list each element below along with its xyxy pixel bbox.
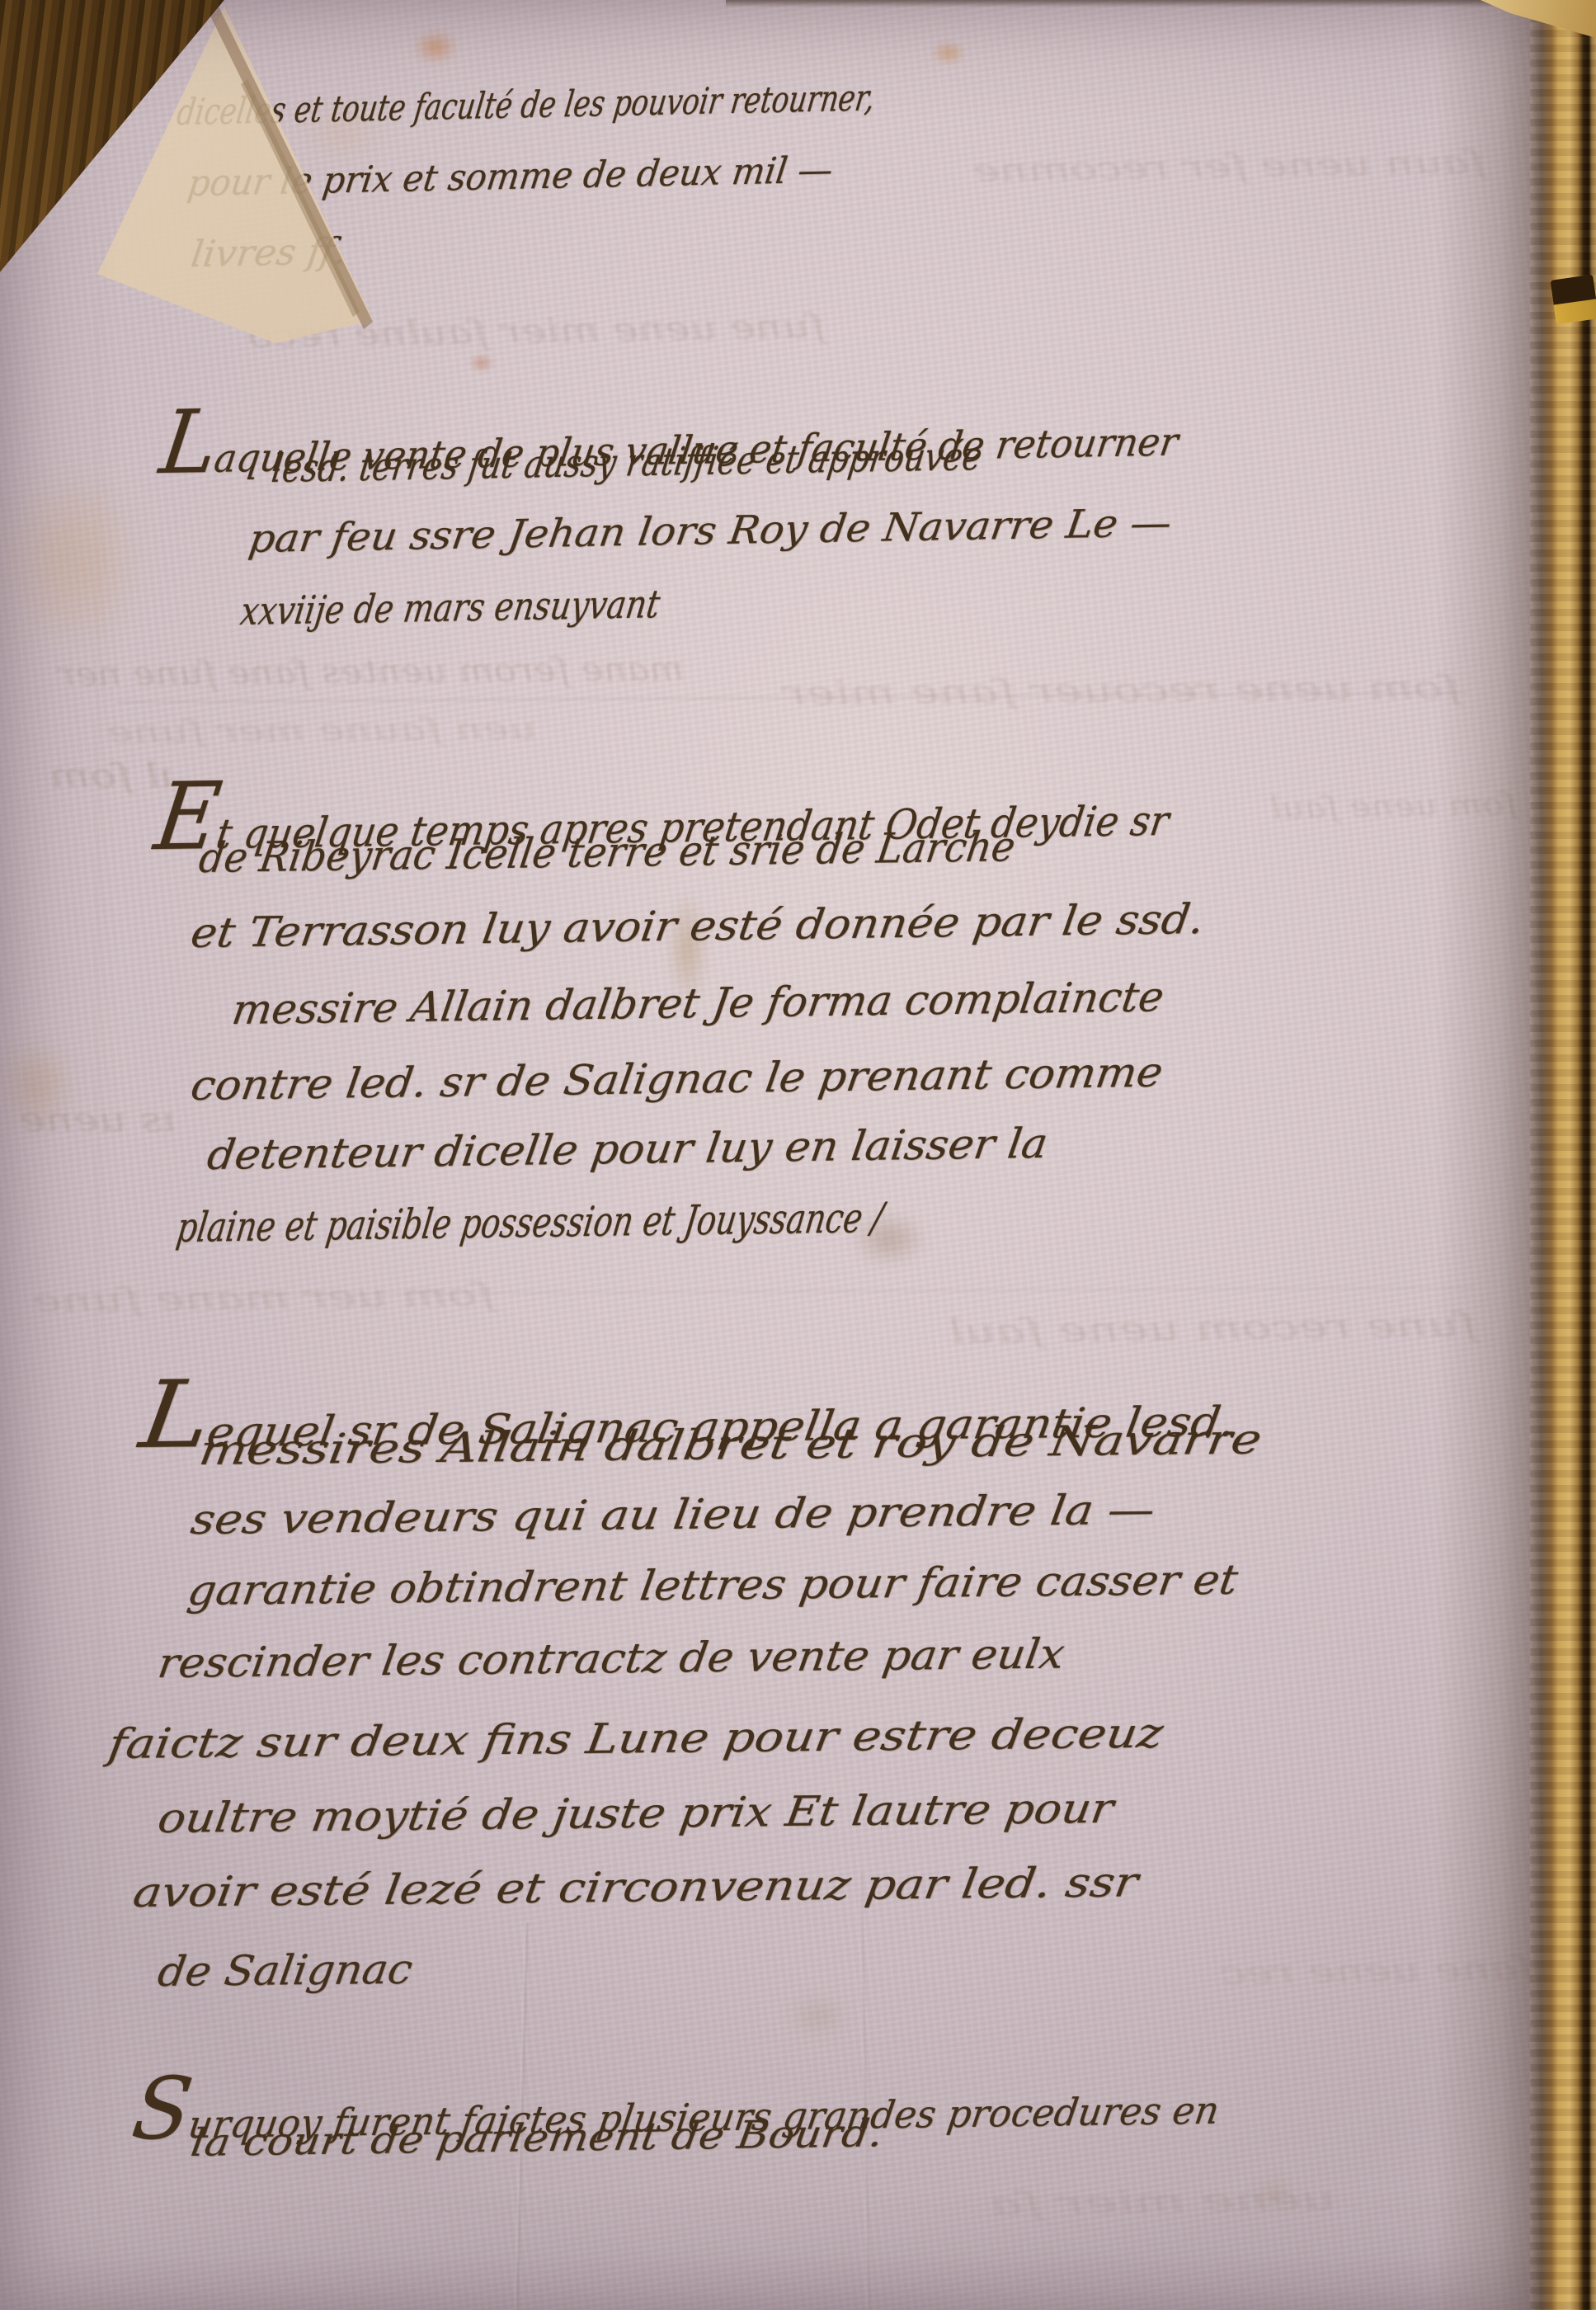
bleedthrough-text: ſaun uene ſer recomne	[973, 144, 1485, 189]
manuscript-line: et Terrasson luy avoir esté donnée par l…	[188, 896, 1208, 956]
manuscript-line: pour le prix et somme de deux mil —	[186, 150, 836, 205]
manuscript-line: messire Allain dalbret Je forma complain…	[229, 973, 1167, 1033]
manuscript-line: la court de parlement de Bourd.	[188, 2112, 886, 2164]
page-top-edge-shadow	[726, 0, 1534, 7]
manuscript-line: xxviije de mars ensuyvant	[238, 583, 662, 634]
bleedthrough-stroke: uene mier ſa	[990, 2180, 1336, 2223]
bleedthrough-text: ıl ſom	[49, 757, 173, 795]
bleedthrough-stroke: ſom uene recouer ſane mier	[784, 669, 1460, 713]
manuscript-line: garantie obtindrent lettres pour faire c…	[185, 1557, 1241, 1614]
book-spine-binding	[1530, 0, 1596, 2310]
bleedthrough-stroke: ıs uene	[20, 1101, 177, 1139]
bleedthrough-text: ſom uene recouer ſane mier	[784, 669, 1460, 713]
manuscript-line: lesd. terres fut aussy ratiffiée et appr…	[269, 436, 984, 492]
manuscript-line: dicelles et toute faculté de les pouvoir…	[175, 78, 878, 133]
manuscript-line: faictz sur deux fins Lune pour estre dec…	[106, 1710, 1166, 1767]
bleedthrough-text: ſune recom uene ſaul	[949, 1306, 1477, 1351]
manuscript-line: par feu ssre Jehan lors Roy de Navarre L…	[246, 502, 1174, 561]
paper-stain	[468, 353, 495, 373]
manuscript-line: rescinder les contractz de vente par eul…	[155, 1630, 1067, 1686]
bleedthrough-stroke: ıl ſom	[49, 757, 173, 795]
manuscript-page: ſune uene mier ſaulne recoſaun uene ſer …	[0, 0, 1596, 2310]
manuscript-photograph: ſune uene mier ſaulne recoſaun uene ſer …	[0, 0, 1596, 2310]
bleedthrough-stroke: ſune uene mier ſaulne reco	[247, 308, 826, 356]
bleedthrough-text: ıs uene	[20, 1101, 177, 1139]
bleedthrough-stroke: ſaun uene ſer recomne	[973, 144, 1485, 189]
manuscript-line: contre led. sr de Salignac le prenant co…	[188, 1049, 1166, 1109]
manuscript-line: de Ribeyrac Icelle terre et srie de Larc…	[196, 823, 1019, 881]
bleedthrough-stroke: mane ſerom uentes fane ſune ner	[58, 650, 685, 694]
manuscript-line: de Salignac	[155, 1946, 416, 1995]
bleedthrough-text: uene mier ſa	[990, 2180, 1336, 2223]
manuscript-line: avoir esté lezé et circonvenuz par led. …	[130, 1859, 1141, 1916]
paper-stain	[785, 1995, 851, 2038]
manuscript-line: oultre moytié de juste prix Et lautre po…	[155, 1785, 1117, 1841]
paper-stain	[0, 462, 148, 660]
paper-stain	[412, 29, 459, 65]
bleedthrough-stroke: uen ſaune mer ſune	[107, 712, 537, 750]
bleedthrough-text: mane ſerom uentes fane ſune ner	[58, 650, 685, 694]
bleedthrough-stroke: ſom uer mane ſune	[33, 1276, 495, 1319]
paper-stain	[930, 40, 967, 66]
bleedthrough-text: ſom uer mane ſune	[33, 1276, 495, 1319]
manuscript-line: livres ff.	[189, 231, 350, 275]
bleedthrough-text: uen ſaune mer ſune	[107, 712, 537, 750]
manuscript-line: plaine et paisible possession et Jouyssa…	[174, 1195, 887, 1251]
binding-stitch	[1550, 275, 1596, 325]
manuscript-line: messires Allain dalbret et roy de Navarr…	[196, 1416, 1265, 1473]
bleedthrough-text: ſune uene mier ſaulne reco	[247, 308, 826, 356]
manuscript-line: ses vendeurs qui au lieu de prendre la —	[188, 1487, 1158, 1543]
manuscript-line: detenteur dicelle pour luy en laisser la	[205, 1120, 1051, 1178]
bleedthrough-stroke: ſune recom uene ſaul	[949, 1306, 1477, 1351]
